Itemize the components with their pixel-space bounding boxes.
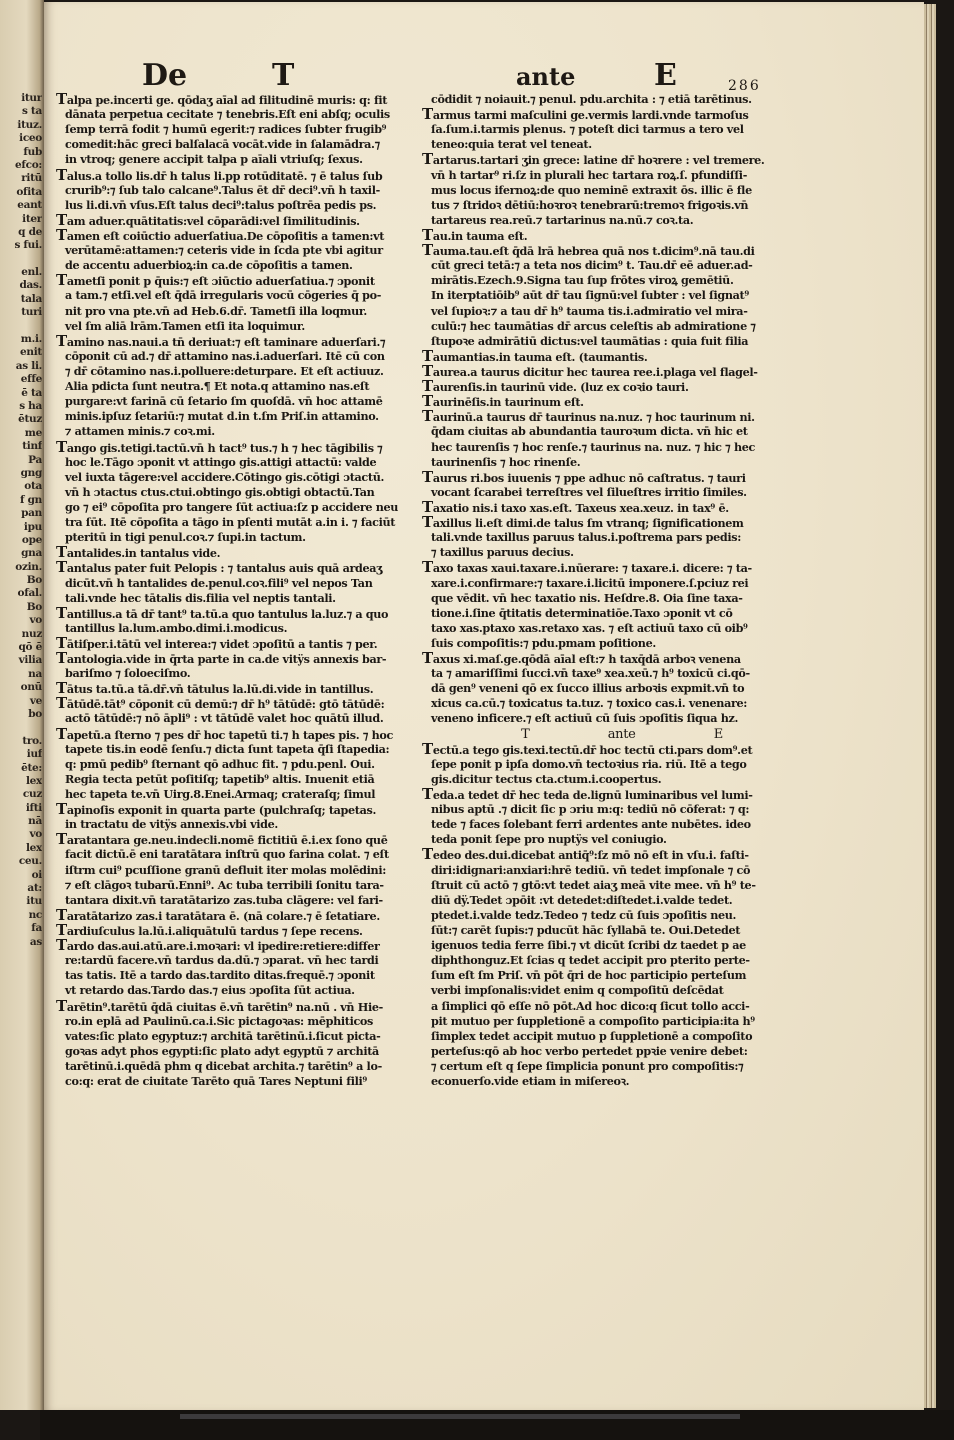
facing-page-fragment: ipu <box>0 521 42 534</box>
dictionary-entry-headline: Tam aduer.quātitatis:vel cōparādi:vel ſi… <box>56 213 416 228</box>
facing-page-fragment: bo <box>0 708 42 721</box>
text-line: actō tātūdē:⁊ nō āpli⁹ : vt tātūdē valet… <box>56 711 416 726</box>
section-heading-part: ante <box>608 727 636 742</box>
facing-page-fragment: itur <box>0 92 42 105</box>
text-line: tione.i.ſine q̄titatis determinatiōe.Tax… <box>422 606 822 621</box>
facing-page-fragment: efco: <box>0 159 42 172</box>
text-line: q̄dam ciuitas ab abundantia tauroꝛum dic… <box>422 424 822 439</box>
text-line: diū dÿ.Tedet ɔpōit :vt detedet:diſtedet.… <box>422 893 822 908</box>
text-line: hec tapeta te.vn̄ Uirg.8.Enei.Armaq; cra… <box>56 787 416 802</box>
text-line: tali.vnde hec tātalis dis.filia vel nept… <box>56 591 416 606</box>
text-line: perteſus:qō ab hoc verbo pertedet ppꝛie … <box>422 1044 822 1059</box>
text-line: econuerſo.vide etiam in miſereoꝛ. <box>422 1074 822 1089</box>
dictionary-entry-headline: Tartarus.tartari ʒin grece: latine dr̄ h… <box>422 152 822 167</box>
facing-page-fragment: me <box>0 427 42 440</box>
facing-page-fragment: q de <box>0 226 42 239</box>
facing-page-fragment: as li. <box>0 360 42 373</box>
dictionary-entry-headline: Tarmus tarmi maſculini ge.vermis lardi.v… <box>422 107 822 122</box>
text-line: teneo:quia terat vel teneat. <box>422 137 822 152</box>
facing-page-fragment <box>0 253 42 266</box>
text-line: diphthonguz.Et ſcias q tedet accipit pro… <box>422 953 822 968</box>
facing-page-fragment <box>0 721 42 734</box>
facing-page-fragment: nā <box>0 815 42 828</box>
text-line: Alia pdicta ſunt neutra.¶ Et nota.q atta… <box>56 379 416 394</box>
text-line: verūtamē:attamen:⁊ ceteris vide in ſcda … <box>56 243 416 258</box>
facing-page-fragment: ve <box>0 695 42 708</box>
text-line: tartareus rea.reū.⁊ tartarinus na.nū.⁊ c… <box>422 213 822 228</box>
text-line: xare.i.confirmare:⁊ taxare.i.licitū impo… <box>422 576 822 591</box>
text-line: vel ſupioꝛ:⁊ a tau dr̄ h⁹ tauma tis.i.ad… <box>422 304 822 319</box>
facing-page-fragment: eant <box>0 199 42 212</box>
text-line: ⁊ attamen minis.⁊ coꝛ.mi. <box>56 424 416 439</box>
text-line: ſepe ponit p ipſa domo.vn̄ tectoꝛius ria… <box>422 757 822 772</box>
text-line: co:q: erat de ciuitate Tarēto quā Tares … <box>56 1074 416 1089</box>
facing-page-text-fragments: iturs taituz.iceofubefco:ritūofitaeantit… <box>0 92 42 949</box>
text-line: vel iuxta tāgere:vel accidere.Cōtingo gi… <box>56 470 416 485</box>
text-line: ⁊ certum eſt q ſepe ſimplicia ponunt pro… <box>422 1059 822 1074</box>
dictionary-entry-headline: Tedeo des.dui.dicebat antiq̄⁹:ſz mō nō e… <box>422 847 822 862</box>
text-line: ſemp terrā fodit ⁊ humū egerit:⁊ radices… <box>56 122 416 137</box>
dictionary-entry-headline: Taurinēſis.in taurinum eſt. <box>422 394 822 409</box>
running-head: De T ante E 286 <box>44 58 924 92</box>
text-line: dānata perpetua cecitate ⁊ tenebris.Eſt … <box>56 107 416 122</box>
text-line: ſtruit cū actō ⁊ gtō:vt tedet aiaʒ meā v… <box>422 878 822 893</box>
facing-page-fragment: das. <box>0 279 42 292</box>
facing-page-fragment: ifti <box>0 802 42 815</box>
text-line: pit mutuo per ſuppletionē a compoſito pa… <box>422 1014 822 1029</box>
facing-page-fragment: tro. <box>0 735 42 748</box>
text-line: tali.vnde taxillus paruus talus.i.poſtre… <box>422 530 822 545</box>
text-line: tra ſūt. Itē cōpoſita a tāgo in pſenti m… <box>56 515 416 530</box>
facing-page-fragment: cuz <box>0 788 42 801</box>
text-line: teda ponit ſepe pro nuptÿs vel coniugio. <box>422 832 822 847</box>
facing-page-fragment: tala <box>0 293 42 306</box>
dictionary-entry-headline: Tantalides.in tantalus vide. <box>56 545 416 560</box>
facing-page-fragment: tinf <box>0 440 42 453</box>
text-line: gis.dicitur tectus cta.ctum.i.coopertus. <box>422 772 822 787</box>
scan-background-bottom <box>40 1410 954 1440</box>
facing-page-fragment: ituz. <box>0 119 42 132</box>
facing-page-fragment: iceo <box>0 132 42 145</box>
facing-page-fragment: lex <box>0 842 42 855</box>
text-line: lus li.di.vn̄ vſus.Eſt talus deci⁹:talus… <box>56 198 416 213</box>
text-line: goꝛas adyt phos egypti:ſic plato adyt eg… <box>56 1044 416 1059</box>
facing-page-fragment: enit <box>0 346 42 359</box>
text-line: tantillus la.lum.ambo.dimi.i.modicus. <box>56 621 416 636</box>
dictionary-entry-headline: Tapetū.a ſterno ⁊ pes dr̄ hoc tapetū ti.… <box>56 727 416 742</box>
dictionary-entry-headline: Tango gis.tetigi.tactū.vn̄ h tact⁹ tus.⁊… <box>56 440 416 455</box>
text-line: cōponit cū ad.⁊ dr̄ attamino nas.i.aduer… <box>56 349 416 364</box>
dictionary-entry-headline: Tantologia.vide in q̄rta parte in ca.de … <box>56 651 416 666</box>
text-line: ⁊ eſt clāgoꝛ tubarū.Enni⁹. Ac tuba terri… <box>56 878 416 893</box>
dictionary-entry-headline: Tātiſper.i.tātū vel interea:⁊ videt ɔpoſ… <box>56 636 416 651</box>
facing-page-fragment: fub <box>0 146 42 159</box>
facing-page-fragment: effe <box>0 373 42 386</box>
text-column-right: cōdidit ⁊ noiauit.⁊ penul. pdu.archita :… <box>422 92 822 1089</box>
running-head-letter-e: E <box>654 58 677 93</box>
dictionary-entry-headline: Tau.in tauma eſt. <box>422 228 822 243</box>
dictionary-entry-headline: Taxatio nis.i taxo xas.eſt. Taxeus xea.x… <box>422 500 822 515</box>
facing-page-fragment: turi <box>0 306 42 319</box>
dictionary-entry-headline: Taurus ri.bos iuuenis ⁊ ppe adhuc nō caſ… <box>422 470 822 485</box>
text-line: tarētinū.i.quēdā phm q dicebat archita.⁊… <box>56 1059 416 1074</box>
section-heading-part: E <box>714 727 723 742</box>
dictionary-entry-headline: Tantalus pater fuit Pelopis : ⁊ tantalus… <box>56 560 416 575</box>
text-line: comedit:hāc greci balſalacā vocāt.vide i… <box>56 137 416 152</box>
book-page: De T ante E 286 Talpa pe.incerti ge. qōd… <box>44 2 924 1410</box>
dictionary-entry-headline: Tarētin⁹.tarētū q̄dā ciuitas ē.vn̄ tarēt… <box>56 999 416 1014</box>
text-line: go ⁊ ei⁹ cōpoſita pro tangere ſūt actiua… <box>56 500 416 515</box>
facing-page-fragment: Bo <box>0 574 42 587</box>
text-line: ⁊ dr̄ cōtamino nas.i.polluere:deturpare.… <box>56 364 416 379</box>
running-head-word-de: De <box>142 58 187 93</box>
facing-page-fragment: as <box>0 936 42 949</box>
dictionary-entry-headline: Tametſi ponit p q̄uis:⁊ eſt ɔiūctio adue… <box>56 273 416 288</box>
facing-page-fragment: vo <box>0 614 42 627</box>
facing-page-fragment: gng <box>0 467 42 480</box>
facing-page-fragment: nc <box>0 909 42 922</box>
text-line: culū:⁊ hec taumātias dr̄ arcus celeſtis … <box>422 319 822 334</box>
text-line: vates:ſic plato egyptuz:⁊ architā tarēti… <box>56 1029 416 1044</box>
facing-page-fragment: gna <box>0 547 42 560</box>
facing-page-fragment: enl. <box>0 266 42 279</box>
facing-page-fragment: ētuz <box>0 413 42 426</box>
dictionary-entry-headline: Tantillus.a tā dr̄ tant⁹ ta.tū.a quo tan… <box>56 606 416 621</box>
facing-page-fragment: vilia <box>0 654 42 667</box>
text-line: dā gen⁹ veneni qō ex ſucco illius arboꝛi… <box>422 681 822 696</box>
facing-page-fragment: ozin. <box>0 561 42 574</box>
dictionary-entry-headline: Taratantara ge.neu.indecli.nomē fictitiū… <box>56 832 416 847</box>
text-line: in tractatu de vitÿs annexis.vbi vide. <box>56 817 416 832</box>
text-line: mus locus ifernoꝝ:de quo neminē extraxit… <box>422 183 822 198</box>
text-line: in vtroq; genere accipit talpa p aīali v… <box>56 152 416 167</box>
text-line: purgare:vt farinā cū ſetario ſm quoſdā. … <box>56 394 416 409</box>
facing-page-fragment: ota <box>0 480 42 493</box>
facing-page-fragment: nuz <box>0 628 42 641</box>
facing-page-fragment: s ha <box>0 400 42 413</box>
text-line: hoc le.Tāgo ɔponit vt attingo gis.attigi… <box>56 455 416 470</box>
facing-page-fragment: Pa <box>0 454 42 467</box>
text-line: vt retardo das.Tardo das.⁊ eius ɔpoſita … <box>56 983 416 998</box>
section-heading-part: T <box>521 727 529 742</box>
facing-page-fragment: s fui. <box>0 239 42 252</box>
running-head-letter-t: T <box>272 58 294 93</box>
facing-page-fragment: ēte: <box>0 762 42 775</box>
text-line: ſtupoꝛe admirātiū dictus:vel taumātias :… <box>422 334 822 349</box>
dictionary-entry-headline: Taurenſis.in taurinū vide. (luz ex coꝛio… <box>422 379 822 394</box>
facing-page-fragment: na <box>0 668 42 681</box>
text-line: cōdidit ⁊ noiauit.⁊ penul. pdu.archita :… <box>422 92 822 107</box>
facing-page-fragment: m.i. <box>0 333 42 346</box>
dictionary-entry-headline: Talpa pe.incerti ge. qōdaʒ aīal ad filit… <box>56 92 416 107</box>
text-line: ſūt:⁊ carēt ſupis:⁊ pducūt hāc ſyllabā t… <box>422 923 822 938</box>
text-line: ſimplex tedet accipit mutuo p ſuppletion… <box>422 1029 822 1044</box>
facing-page-fragment: ritū <box>0 172 42 185</box>
text-line: ptedet.i.valde tedz.Tedeo ⁊ tedz cū ſuis… <box>422 908 822 923</box>
text-line: dicūt.vn̄ h tantalides de.penul.coꝛ.fili… <box>56 576 416 591</box>
facing-page-fragment: qō ē <box>0 641 42 654</box>
facing-page-fragment: fa <box>0 922 42 935</box>
dictionary-entry-headline: Tectū.a tego gis.texi.tectū.dr̄ hoc tect… <box>422 742 822 757</box>
dictionary-entry-headline: Tātus ta.tū.a tā.dr̄.vn̄ tātulus la.lū.d… <box>56 681 416 696</box>
facing-page-fragment: Bo <box>0 601 42 614</box>
facing-page-fragment: ope <box>0 534 42 547</box>
text-line: nit pro vna pte.vn̄ ad Heb.6.dr̄. Tametſ… <box>56 304 416 319</box>
text-line: vel ſm aliā lrām.Tamen etſi ita loquimur… <box>56 319 416 334</box>
dictionary-entry-headline: Taratātarizo zas.i taratātara ē. (nā col… <box>56 908 416 923</box>
text-line: taurinenſis ⁊ hoc rinenſe. <box>422 455 822 470</box>
text-line: facit dictū.ē eni taratātara inſtrū quo … <box>56 847 416 862</box>
text-line: ſa.ſum.i.tarmis plenus. ⁊ poteſt dici ta… <box>422 122 822 137</box>
text-line: ſuis compoſitis:⁊ pdu.pmam poſitione. <box>422 636 822 651</box>
facing-page-fragment: onū <box>0 681 42 694</box>
text-line: minis.ipſuz ſetariū:⁊ mutat d.in t.ſm Pr… <box>56 409 416 424</box>
facing-page-fragment: ceu. <box>0 855 42 868</box>
dictionary-entry-headline: Tātūdē.tāt⁹ cōponit cū demū:⁊ dr̄ h⁹ tāt… <box>56 696 416 711</box>
facing-page-fragment: iter <box>0 213 42 226</box>
text-line: iſtrm cui⁹ pcuſſione granū defluit iter … <box>56 863 416 878</box>
dictionary-entry-headline: Taxillus li.eſt dimi.de talus ſm vtranq;… <box>422 515 822 530</box>
section-heading-t-ante-e: TanteE <box>422 727 822 742</box>
text-line: Regia tecta petūt poſitiſq; tapetib⁹ alt… <box>56 772 416 787</box>
facing-page-fragment <box>0 320 42 333</box>
facing-page-fragment: iuf <box>0 748 42 761</box>
facing-page-fragment: ofita <box>0 186 42 199</box>
text-line: taxo xas.ptaxo xas.retaxo xas. ⁊ eſt act… <box>422 621 822 636</box>
dictionary-entry-headline: Tardiuſculus la.lū.i.aliquātulū tardus ⁊… <box>56 923 416 938</box>
text-line: vn̄ h tartar⁹ ri.ſz in plurali hec tarta… <box>422 168 822 183</box>
dictionary-entry-headline: Taxo taxas xaui.taxare.i.nūerare: ⁊ taxa… <box>422 560 822 575</box>
dictionary-entry-headline: Tamen eſt coiūctio aduerſatiua.De cōpoſi… <box>56 228 416 243</box>
text-line: mirātis.Ezech.9.Signa tau ſup frōtes vir… <box>422 273 822 288</box>
facing-page-fragment: oi <box>0 869 42 882</box>
dictionary-entry-headline: Tardo das.aui.atū.are.i.moꝛari: vl ipedi… <box>56 938 416 953</box>
text-line: re:tardū facere.vn̄ tardus da.dū.⁊ ɔpara… <box>56 953 416 968</box>
text-line: veneno inficere.⁊ eſt actiuū cū ſuis ɔpo… <box>422 711 822 726</box>
text-line: bariſmo ⁊ ſoloeciſmo. <box>56 666 416 681</box>
text-line: crurib⁹:⁊ ſub talo calcane⁹.Talus ēt dr̄… <box>56 183 416 198</box>
dictionary-entry-headline: Tapinoſis exponit in quarta parte (pulch… <box>56 802 416 817</box>
facing-page-fragment: ē ta <box>0 387 42 400</box>
text-column-left: Talpa pe.incerti ge. qōdaʒ aīal ad filit… <box>56 92 416 1089</box>
facing-page-edge: iturs taituz.iceofubefco:ritūofitaeantit… <box>0 0 44 1410</box>
text-line: ſum eſt ſm Priſ. vn̄ pōt q̄ri de hoc par… <box>422 968 822 983</box>
dictionary-entry-headline: Taxus xi.maſ.ge.qōdā aīal eſt:⁊ h taxq̄d… <box>422 651 822 666</box>
text-line: ⁊ taxillus paruus decius. <box>422 545 822 560</box>
text-line: de accentu aduerbioꝝ:in ca.de cōpoſitis … <box>56 258 416 273</box>
text-line: cūt greci tetā:⁊ a teta nos dicim⁹ t. Ta… <box>422 258 822 273</box>
text-line: pteritū in tigi penul.coꝛ.⁊ ſupi.in tact… <box>56 530 416 545</box>
text-line: a ſimplici qō eſſe nō pōt.Ad hoc dico:q … <box>422 999 822 1014</box>
text-line: diri:idignari:anxiari:hrē tediū. vn̄ ted… <box>422 863 822 878</box>
text-line: In iterptatiōib⁹ aūt dr̄ tau ſignū:vel ſ… <box>422 288 822 303</box>
facing-page-fragment: f gn <box>0 494 42 507</box>
text-line: ro.in eplā ad Paulinū.ca.i.Sic pictagoꝛa… <box>56 1014 416 1029</box>
facing-page-fragment: lex <box>0 775 42 788</box>
text-line: nibus aptū .⁊ dicit ſic p ɔriu m:q: tedi… <box>422 802 822 817</box>
dictionary-entry-headline: Tamino nas.naui.a tn̄ deriuat:⁊ eſt tami… <box>56 334 416 349</box>
text-line: hec taurenſis ⁊ hoc renſe.⁊ taurinus na.… <box>422 440 822 455</box>
text-line: vn̄ h ɔtactus ctus.ctui.obtingo gis.obti… <box>56 485 416 500</box>
text-line: que vēdit. vn̄ hec taxatio nis. Heſdre.8… <box>422 591 822 606</box>
facing-page-fragment: vo <box>0 828 42 841</box>
text-line: verbi impſonalis:videt enim q compoſitū … <box>422 983 822 998</box>
text-line: igenuos tedia ferre ſibi.⁊ vt dicūt ſcri… <box>422 938 822 953</box>
text-line: q: pmū pedib⁹ ſternant qō adhuc fit. ⁊ p… <box>56 757 416 772</box>
dictionary-entry-headline: Taurea.a taurus dicitur hec taurea ree.i… <box>422 364 822 379</box>
text-line: tapete tis.in eodē ſenſu.⁊ dicta ſunt ta… <box>56 742 416 757</box>
text-line: tantara dixit.vn̄ taratātarizo zas.tuba … <box>56 893 416 908</box>
dictionary-entry-headline: Taumantias.in tauma eſt. (taumantis. <box>422 349 822 364</box>
text-line: tas tatis. Itē a tardo das.tardito ditas… <box>56 968 416 983</box>
text-line: a tam.⁊ etſi.vel eſt q̄dā irregularis vo… <box>56 288 416 303</box>
text-line: tede ⁊ faces ſolebant ferri ardentes ant… <box>422 817 822 832</box>
running-head-word-ante: ante <box>516 62 575 91</box>
dictionary-entry-headline: Tauma.tau.eſt q̄dā lrā hebrea quā nos t.… <box>422 243 822 258</box>
text-line: ta ⁊ amariſſimi ſucci.vn̄ taxe⁹ xea.xeū.… <box>422 666 822 681</box>
text-line: vocant ſcarabei terreſtres vel ſilueſtre… <box>422 485 822 500</box>
dictionary-entry-headline: Talus.a tollo lis.dr̄ h talus li.pp rotū… <box>56 168 416 183</box>
facing-page-fragment: pan <box>0 507 42 520</box>
facing-page-fragment: itu <box>0 895 42 908</box>
facing-page-fragment: at: <box>0 882 42 895</box>
page-block-edges <box>924 4 936 1408</box>
text-line: xicus ca.cū.⁊ toxicatus ta.tuz. ⁊ toxico… <box>422 696 822 711</box>
dictionary-entry-headline: Taurinū.a taurus dr̄ taurinus na.nuz. ⁊ … <box>422 409 822 424</box>
facing-page-fragment: ofal. <box>0 587 42 600</box>
dictionary-entry-headline: Teda.a tedet dr̄ hec teda de.lignū lumin… <box>422 787 822 802</box>
text-line: tus ⁊ ſtridoꝛ dētiū:hoꝛroꝛ tenebrarū:tre… <box>422 198 822 213</box>
facing-page-fragment: s ta <box>0 105 42 118</box>
